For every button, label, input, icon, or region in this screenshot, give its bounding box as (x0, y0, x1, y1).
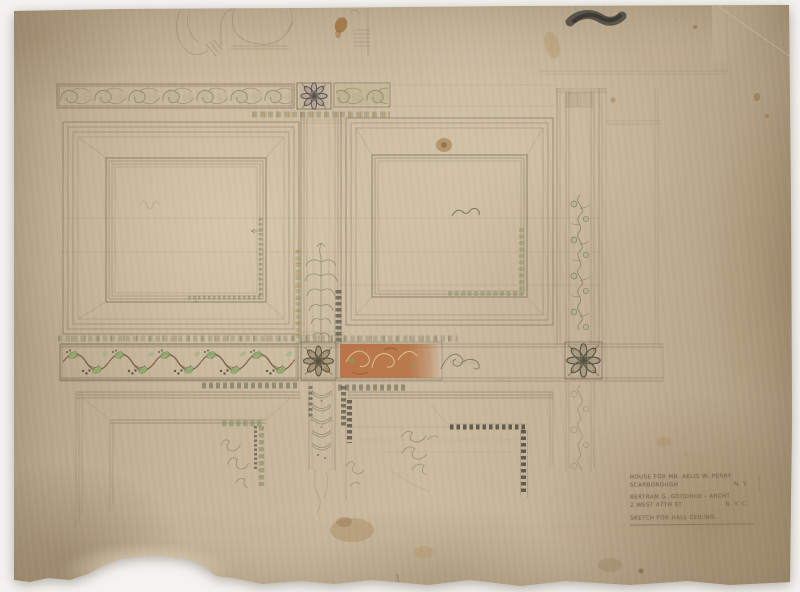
title-architect-city: N. Y. C. (725, 500, 748, 508)
husk-garland-strip (309, 382, 364, 514)
right-rosette-panel (565, 342, 602, 379)
lower-left-coffer (76, 392, 300, 528)
top-frieze-rosette (297, 83, 331, 109)
pencil-note-scribble (398, 427, 443, 477)
candelabra-sketch (305, 243, 337, 343)
center-vertical-band (299, 112, 342, 344)
middle-band-rosette (301, 342, 336, 380)
title-caption: SKETCH FOR HALL CEILING . (630, 513, 754, 525)
pencil-note-scribble (220, 436, 253, 491)
orange-ornament-panel (338, 342, 442, 380)
margin-sketches (40, 8, 762, 56)
right-band-lower (566, 382, 594, 472)
title-architect-address: 2 WEST 47TH ST (630, 501, 682, 510)
title-location-state: N. Y. (734, 480, 748, 488)
left-coffer (63, 122, 299, 334)
title-location: SCARBOROUGH (630, 481, 679, 490)
lower-right-coffer (346, 392, 553, 500)
edge-crack (397, 574, 399, 584)
title-block: HOUSE FOR MR. AELIS W. PERRY SCARBOROUGH… (630, 472, 761, 525)
drawing-sheet: HOUSE FOR MR. AELIS W. PERRY SCARBOROUGH… (0, 0, 800, 592)
dragon-sketch (441, 354, 479, 369)
fold-crease (718, 6, 792, 58)
sheet-shadow: HOUSE FOR MR. AELIS W. PERRY SCARBOROUGH… (0, 0, 800, 592)
page-background: HOUSE FOR MR. AELIS W. PERRY SCARBOROUGH… (0, 0, 800, 592)
